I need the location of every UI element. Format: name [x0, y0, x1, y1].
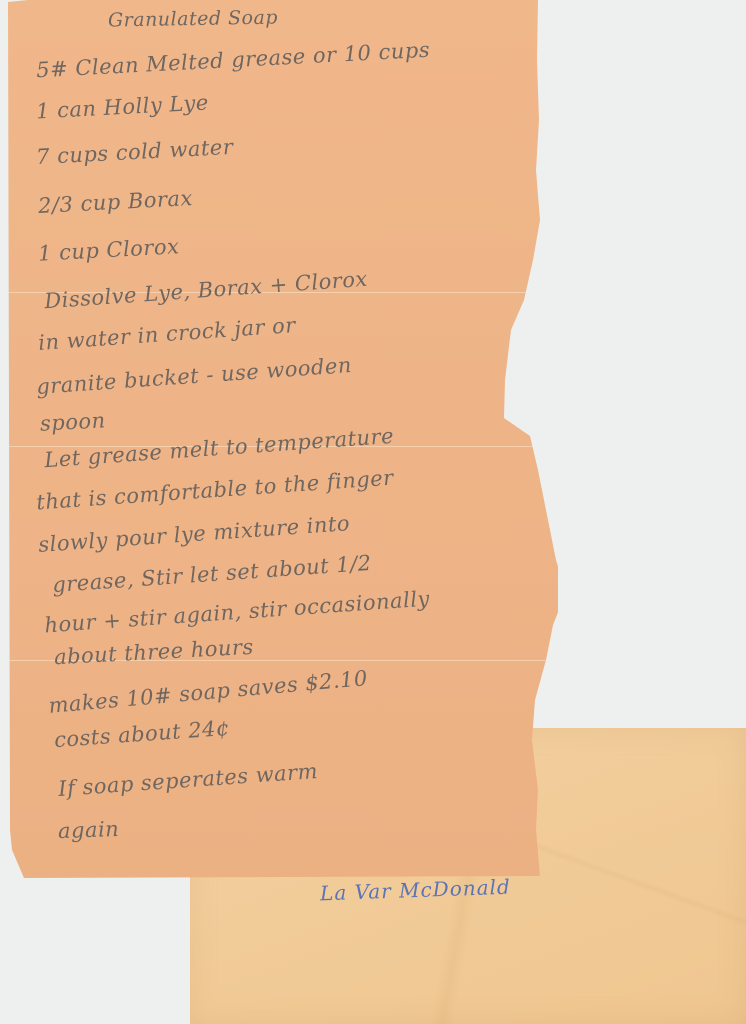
ingredient-line: 7 cups cold water	[36, 135, 234, 169]
direction-line: Dissolve Lye, Borax + Clorox	[44, 267, 369, 314]
direction-line: makes 10# soap saves $2.10	[48, 666, 369, 718]
ingredient-line: 1 can Holly Lye	[35, 90, 209, 123]
recipe-title: Granulated Soap	[108, 7, 278, 32]
direction-line: spoon	[39, 408, 106, 435]
recipe-paper: Granulated Soap 5# Clean Melted grease o…	[8, 0, 558, 878]
direction-line: hour + stir again, stir occasionally	[44, 587, 431, 638]
ingredient-line: 2/3 cup Borax	[37, 186, 193, 218]
ingredient-line: 1 cup Clorox	[37, 234, 179, 265]
direction-line: granite bucket - use wooden	[36, 353, 353, 399]
direction-line: that is comfortable to the finger	[36, 466, 395, 515]
ingredient-line: 5# Clean Melted grease or 10 cups	[36, 38, 431, 83]
direction-line: about three hours	[54, 635, 255, 669]
direction-line: in water in crock jar or	[37, 313, 296, 355]
direction-line: slowly pour lye mixture into	[38, 511, 351, 557]
direction-line: again	[58, 817, 120, 843]
direction-line: costs about 24¢	[53, 716, 230, 752]
direction-line: grease, Stir let set about 1/2	[52, 551, 373, 597]
direction-line: If soap seperates warm	[57, 759, 318, 801]
